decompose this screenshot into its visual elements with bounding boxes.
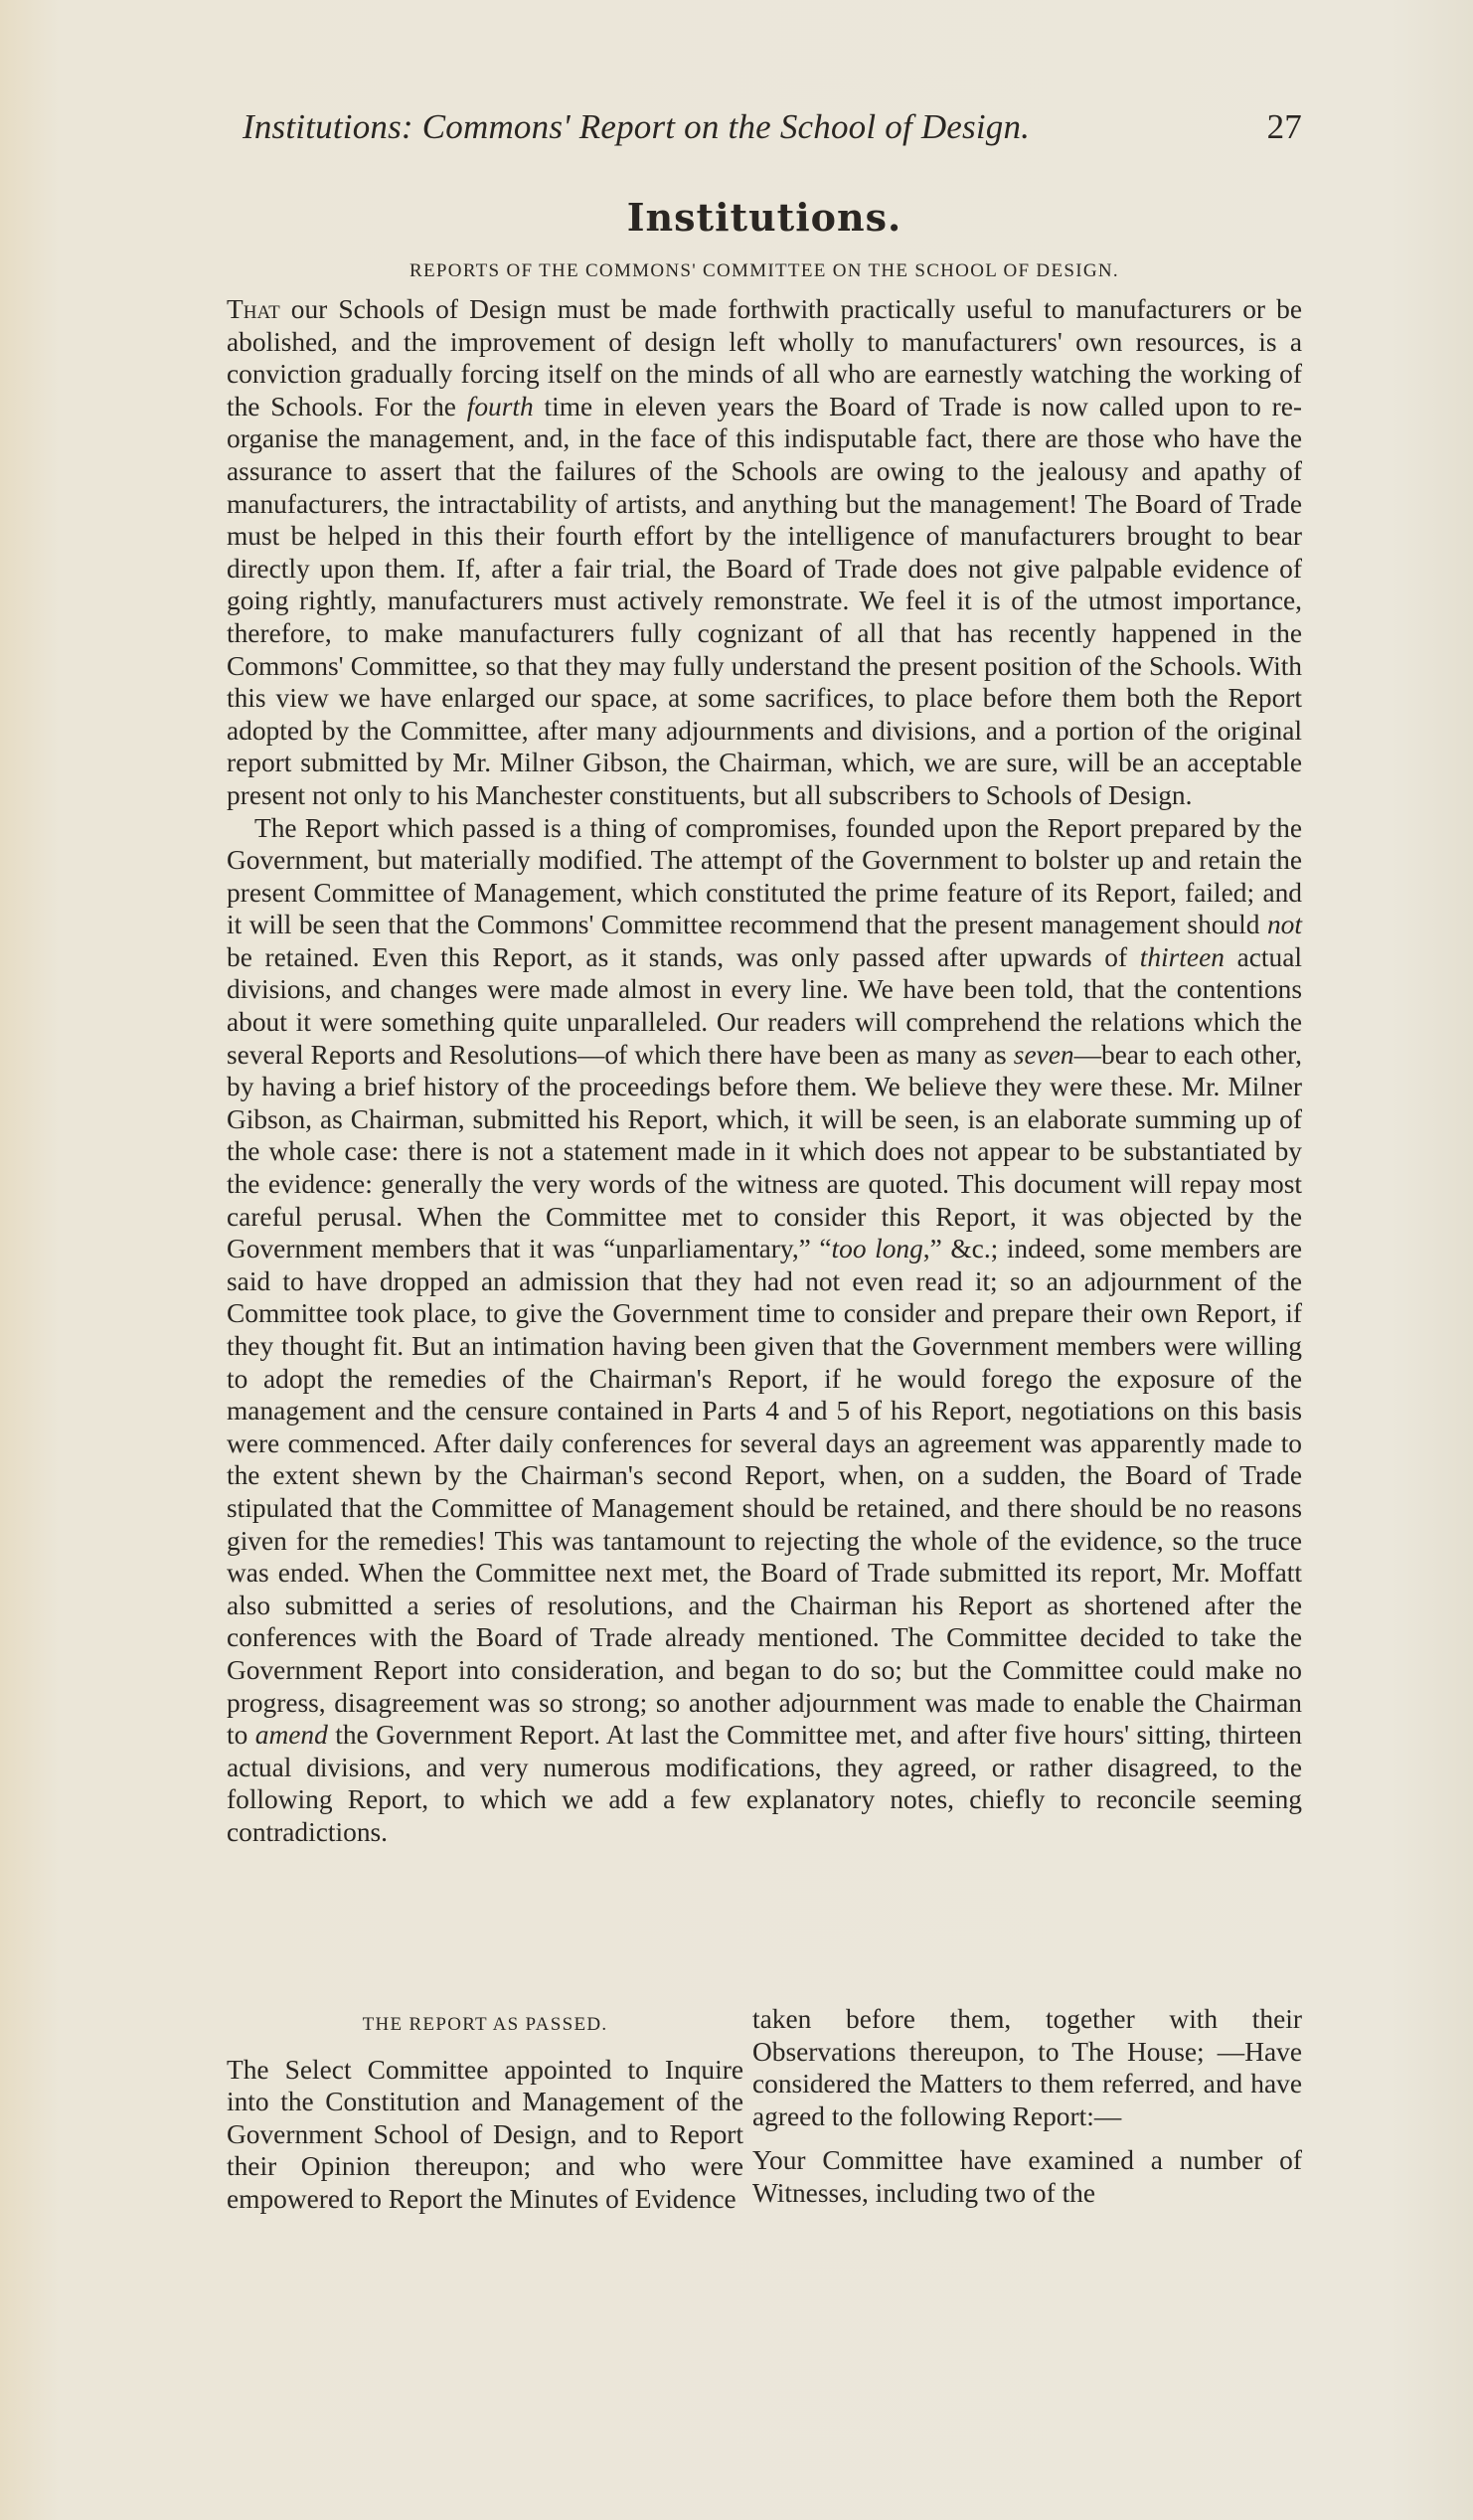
paragraph-2: The Report which passed is a thing of co… bbox=[227, 812, 1302, 1849]
running-head: Institutions: Commons' Report on the Sch… bbox=[243, 107, 1302, 157]
report-left-column: THE REPORT AS PASSED. The Select Committ… bbox=[227, 2003, 743, 2216]
emphasis: thirteen bbox=[1140, 942, 1225, 972]
running-head-title: Institutions: Commons' Report on the Sch… bbox=[243, 107, 1030, 147]
emphasis: seven bbox=[1014, 1040, 1074, 1070]
paragraph-1: That our Schools of Design must be made … bbox=[227, 293, 1302, 812]
section-title: Institutions. bbox=[227, 195, 1302, 240]
report-left-text: The Select Committee appointed to Inquir… bbox=[227, 2054, 743, 2216]
report-right-text-1: taken before them, together with their O… bbox=[752, 2003, 1302, 2132]
lead-word: That bbox=[227, 294, 280, 324]
article-subheading: REPORTS OF THE COMMONS' COMMITTEE ON THE… bbox=[227, 260, 1302, 282]
report-right-text-2: Your Committee have examined a number of… bbox=[752, 2144, 1302, 2209]
report-right-column: taken before them, together with their O… bbox=[752, 2003, 1302, 2210]
page-number: 27 bbox=[1267, 107, 1302, 147]
report-two-columns: THE REPORT AS PASSED. The Select Committ… bbox=[227, 2003, 1302, 2301]
emphasis: fourth bbox=[467, 392, 534, 421]
article-body: That our Schools of Design must be made … bbox=[227, 293, 1302, 1849]
emphasis: too long bbox=[832, 1234, 923, 1263]
emphasis: not bbox=[1267, 910, 1302, 939]
report-heading: THE REPORT AS PASSED. bbox=[227, 2009, 743, 2042]
emphasis: amend bbox=[255, 1720, 328, 1750]
